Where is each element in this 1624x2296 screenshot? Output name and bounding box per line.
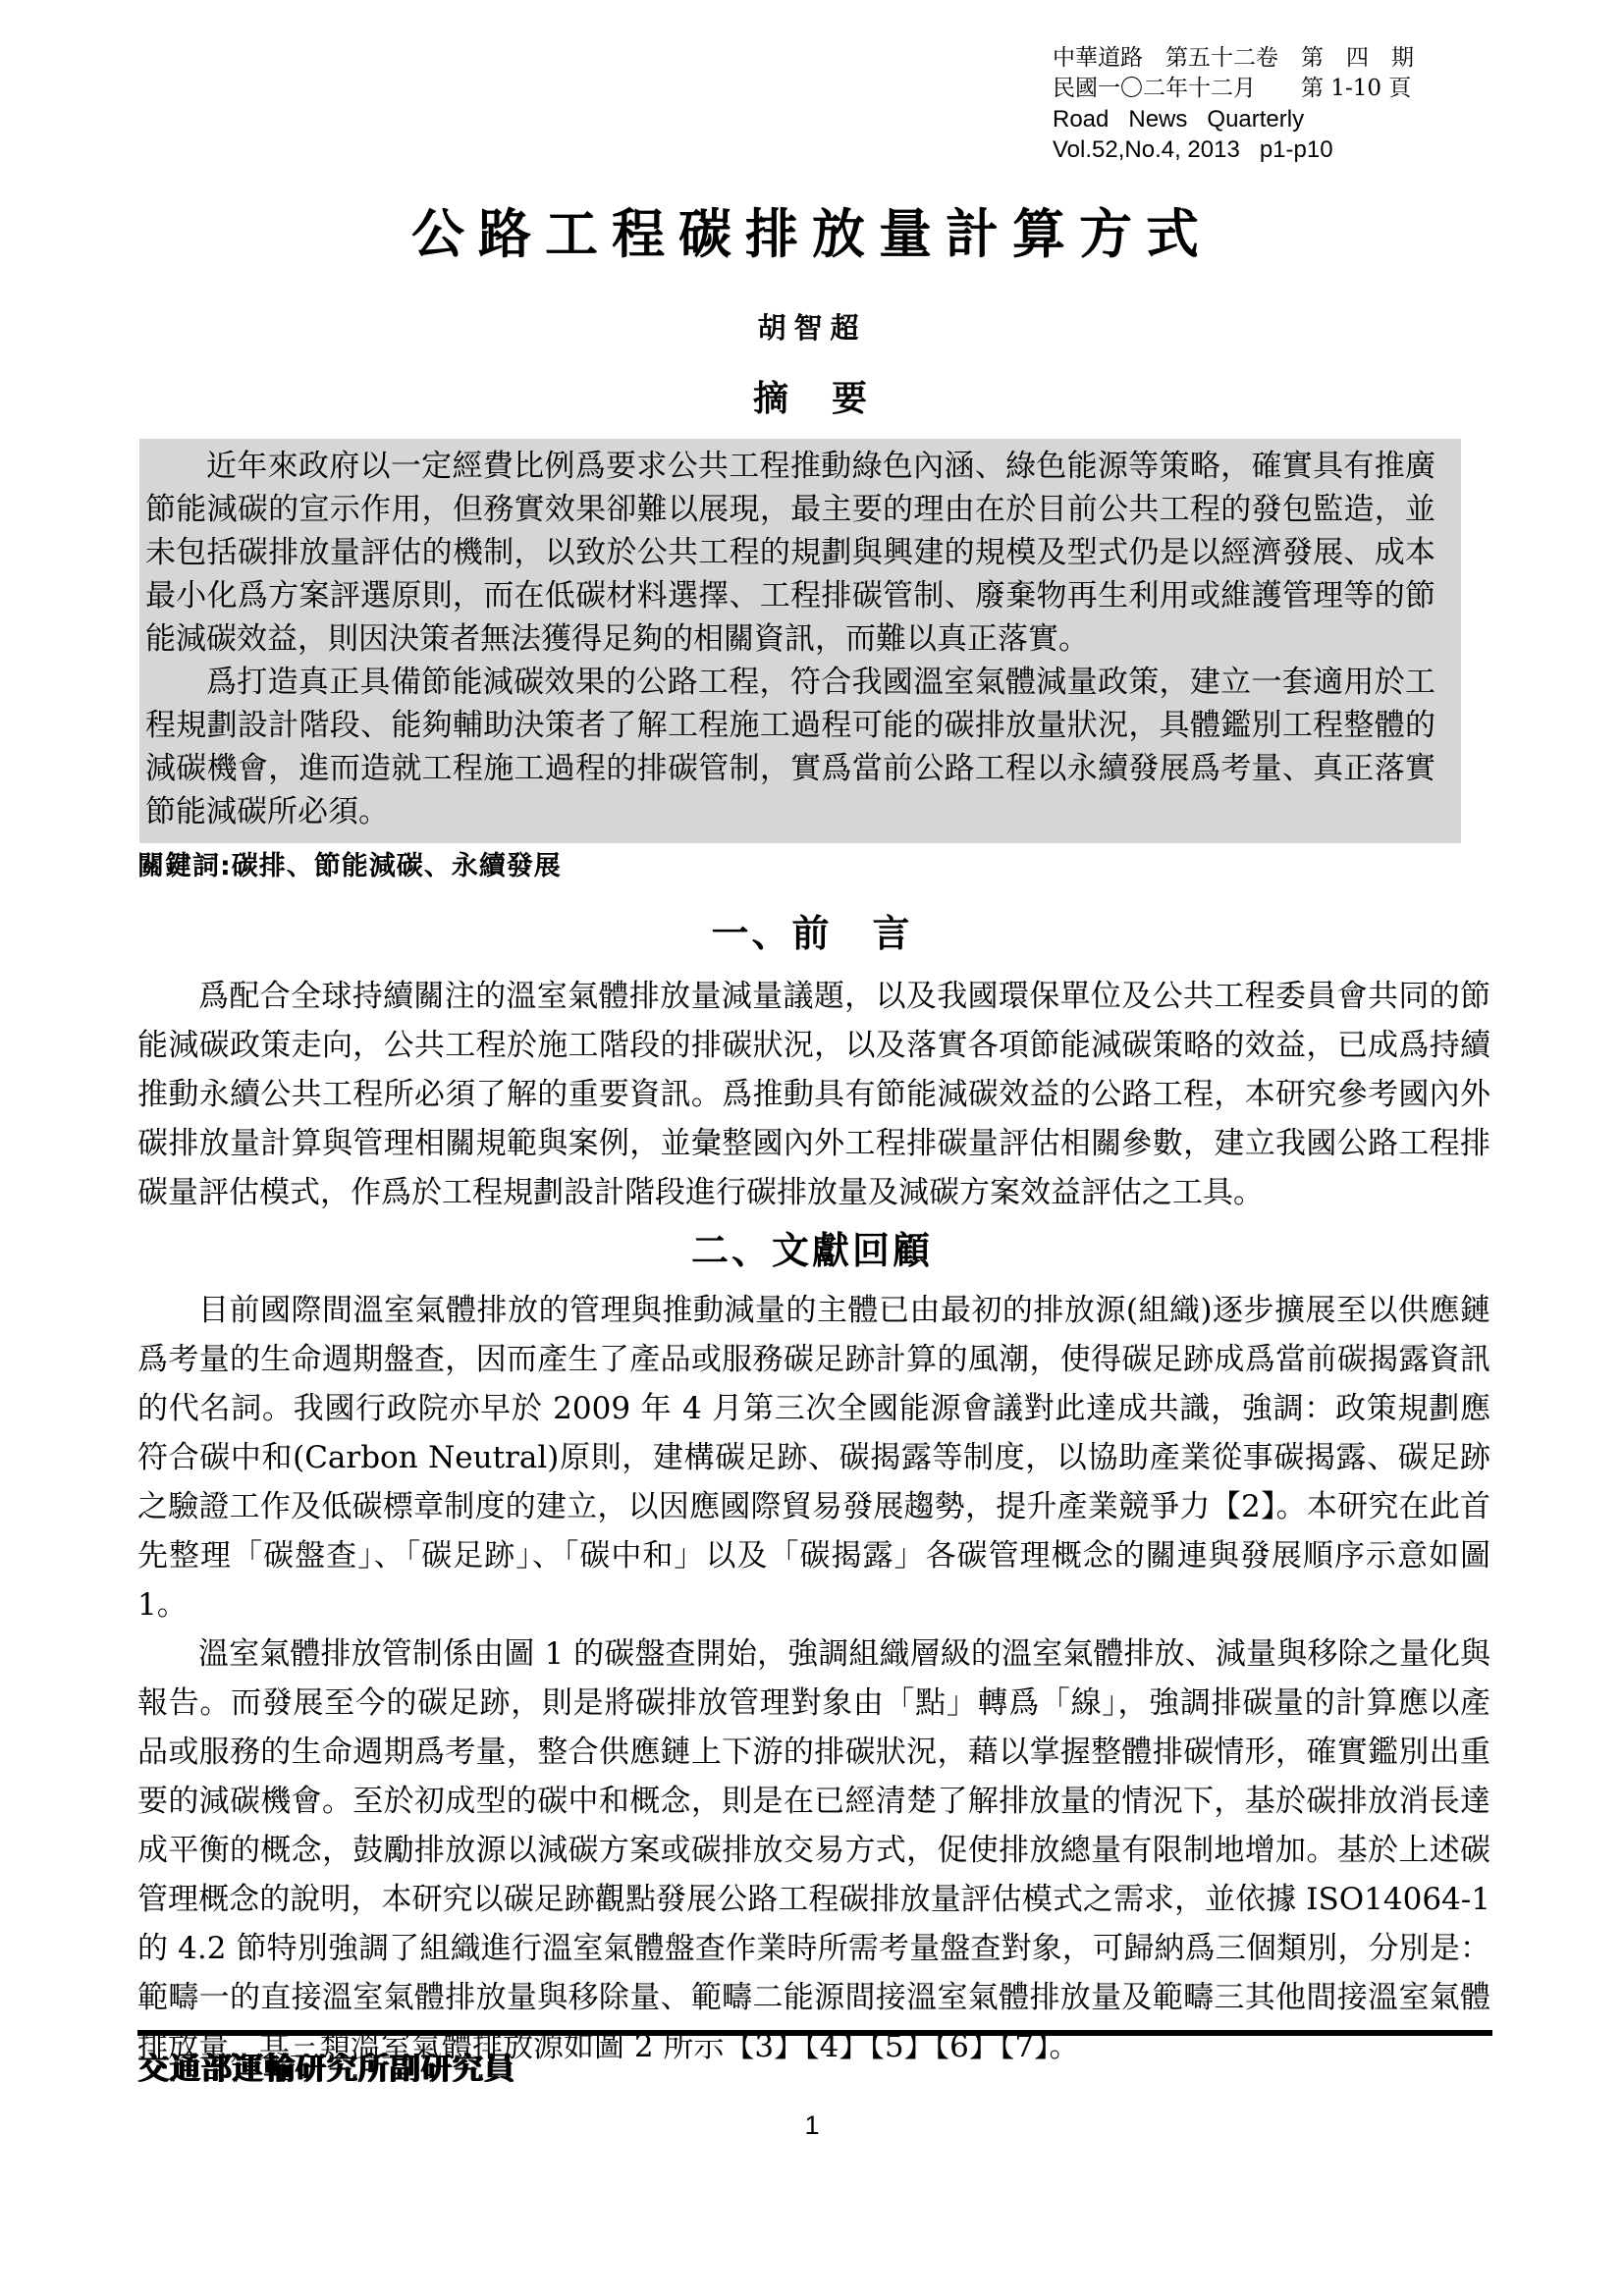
abstract-paragraph-1: 近年來政府以一定經費比例爲要求公共工程推動綠色內涵、綠色能源等策略，確實具有推廣… xyxy=(145,445,1435,661)
section-2-paragraph-2: 溫室氣體排放管制係由圖 1 的碳盤查開始，強調組織層級的溫室氣體排放、減量與移除… xyxy=(137,1629,1490,2071)
journal-header-line-2: 民國一〇二年十二月 第 1-10 頁 xyxy=(1053,74,1406,104)
article-author: 胡智超 xyxy=(0,306,1624,347)
section-2-paragraph-1: 目前國際間溫室氣體排放的管理與推動減量的主體已由最初的排放源(組織)逐步擴展至以… xyxy=(137,1286,1490,1629)
journal-header-line-4: Vol.52,No.4, 2013 p1-p10 xyxy=(1053,134,1406,165)
page-number: 1 xyxy=(0,2110,1624,2141)
footnote-divider xyxy=(137,2030,1492,2036)
document-page: 中華道路 第五十二卷 第 四 期 民國一〇二年十二月 第 1-10 頁 Road… xyxy=(0,0,1624,2296)
keywords-line: 關鍵詞:碳排、節能減碳、永續發展 xyxy=(137,844,562,882)
section-2-heading: 二、文獻回顧 xyxy=(0,1220,1624,1274)
section-1-heading: 一、前 言 xyxy=(0,903,1624,957)
journal-header-line-1: 中華道路 第五十二卷 第 四 期 xyxy=(1053,43,1406,74)
article-title: 公路工程碳排放量計算方式 xyxy=(0,192,1624,268)
journal-header: 中華道路 第五十二卷 第 四 期 民國一〇二年十二月 第 1-10 頁 Road… xyxy=(1053,43,1406,165)
section-2-body: 目前國際間溫室氣體排放的管理與推動減量的主體已由最初的排放源(組織)逐步擴展至以… xyxy=(137,1286,1490,2071)
footnote-text: 交通部運輸研究所副研究員 xyxy=(137,2044,514,2088)
abstract-heading: 摘 要 xyxy=(0,371,1624,421)
section-1-body: 爲配合全球持續關注的溫室氣體排放量減量議題，以及我國環保單位及公共工程委員會共同… xyxy=(137,972,1490,1217)
abstract-paragraph-2: 爲打造真正具備節能減碳效果的公路工程，符合我國溫室氣體減量政策，建立一套適用於工… xyxy=(145,661,1435,833)
section-1-paragraph-1: 爲配合全球持續關注的溫室氣體排放量減量議題，以及我國環保單位及公共工程委員會共同… xyxy=(137,972,1490,1217)
journal-header-line-3: Road News Quarterly xyxy=(1053,104,1406,134)
abstract-section: 近年來政府以一定經費比例爲要求公共工程推動綠色內涵、綠色能源等策略，確實具有推廣… xyxy=(139,439,1461,843)
